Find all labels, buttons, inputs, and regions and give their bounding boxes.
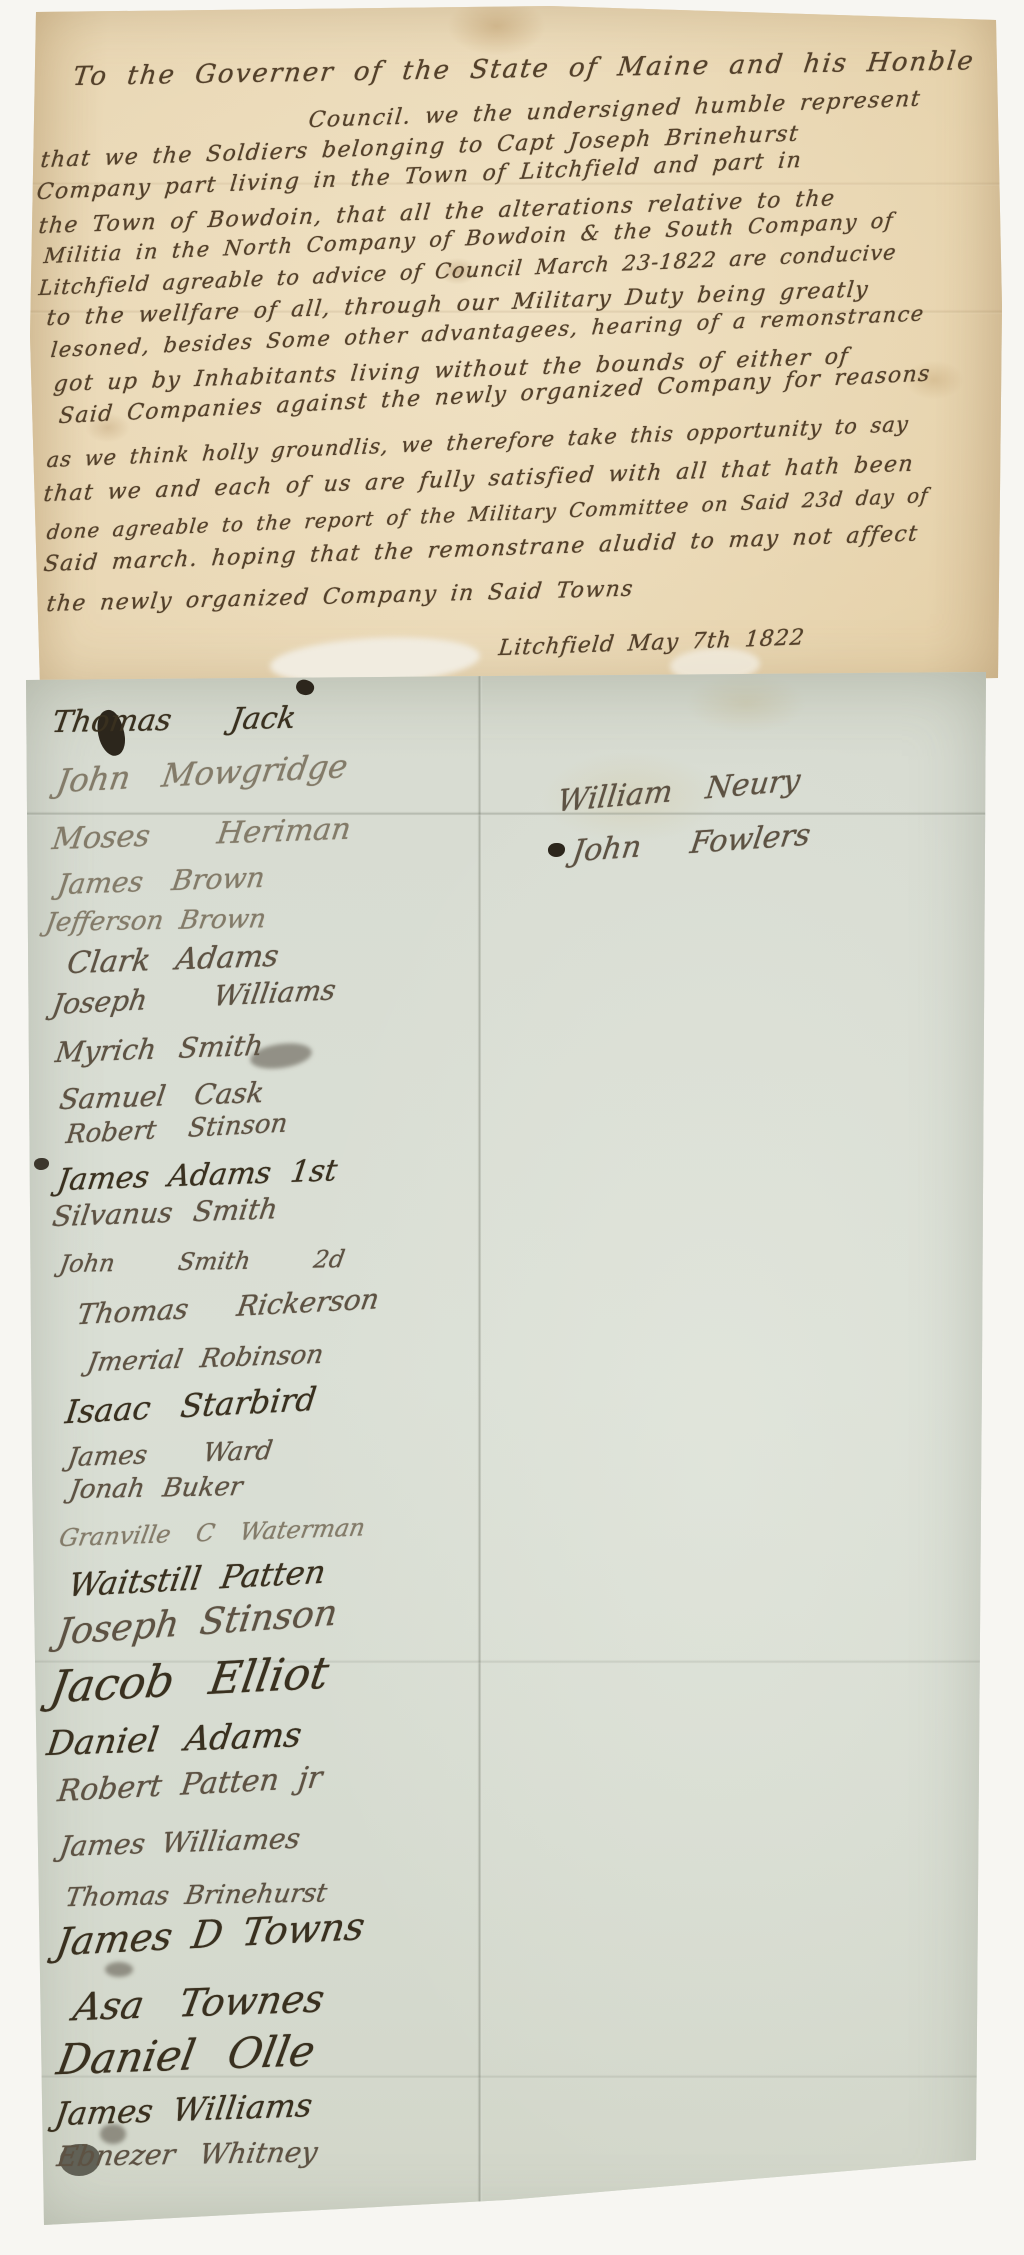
signature: Asa Townes (70, 1976, 328, 2029)
signature: Clark Adams (65, 939, 281, 982)
signature: John Mowgridge (54, 747, 351, 801)
signature: Joseph Williams (50, 973, 338, 1021)
signature: Isaac Starbird (63, 1380, 318, 1431)
ink-smudge (105, 1962, 133, 1977)
signature: Jefferson Brown (43, 904, 268, 938)
signature: Daniel Olle (53, 2026, 319, 2084)
signature: James Ward (66, 1436, 275, 1473)
signature: Thomas Jack (49, 701, 298, 740)
ink-blot (294, 677, 316, 697)
petition-line: the newly organized Company in Said Town… (45, 577, 635, 617)
petition-line: Council. we the undersigned humble repre… (307, 87, 922, 133)
signature: John Smith 2d (58, 1245, 347, 1278)
ink-blot (548, 843, 565, 857)
signature: Ebnezer Whitney (55, 2135, 320, 2173)
signature: Samuel Cask (57, 1076, 266, 1116)
signature: William Neury (556, 763, 803, 820)
signature: Granville C Waterman (57, 1513, 367, 1552)
petition-sheet: To the Governer of the State of Maine an… (30, 6, 1002, 686)
signature: Robert Patten jr (56, 1760, 325, 1809)
fold-crease-vertical (478, 672, 482, 2232)
ink-blot (34, 1158, 49, 1170)
signature: Jacob Elliot (47, 1647, 332, 1713)
signature: Myrich Smith (53, 1029, 265, 1069)
signature: Silvanus Smith (50, 1192, 279, 1233)
signature: James Williames (57, 1822, 302, 1864)
signature: Jonah Buker (67, 1472, 245, 1505)
document-scan: To the Governer of the State of Maine an… (0, 0, 1024, 2255)
signature: James Williams (53, 2086, 315, 2133)
signature: John Fowlers (570, 817, 813, 869)
petition-line: To the Governer of the State of Maine an… (71, 46, 976, 92)
signature: James Adams 1st (55, 1153, 339, 1198)
signature: James Brown (55, 861, 267, 901)
petition-dateline: Litchfield May 7th 1822 (497, 625, 806, 661)
signature: Jmerial Robinson (85, 1340, 326, 1378)
signature-sheet: Thomas Jack John Mowgridge Moses Heriman… (26, 672, 986, 2232)
signature: James D Towns (53, 1904, 368, 1965)
signature: Thomas Rickerson (75, 1282, 382, 1331)
signature: Daniel Adams (44, 1715, 304, 1764)
fold-crease (26, 812, 986, 816)
signature: Moses Heriman (50, 812, 353, 858)
